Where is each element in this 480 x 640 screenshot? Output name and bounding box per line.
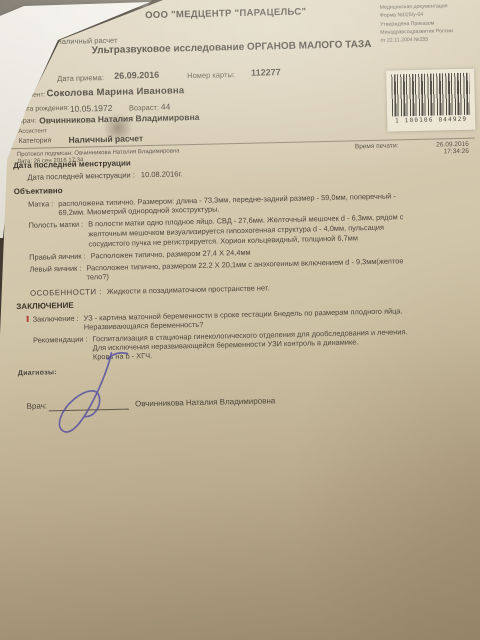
footer-doctor-label: Врач: bbox=[27, 402, 48, 413]
barcode: 1 100106 044929 bbox=[386, 69, 475, 132]
card-number-label: Номер карты: bbox=[187, 70, 235, 80]
visit-date-value: 26.09.2016 bbox=[114, 70, 159, 81]
barcode-bars bbox=[391, 73, 470, 117]
row-label: Заключение : bbox=[33, 313, 79, 333]
doctor-signature bbox=[45, 344, 159, 443]
birth-date-value: 10.05.1972 bbox=[70, 103, 113, 114]
age-label: Возраст: bbox=[129, 103, 159, 113]
category-label: Категория bbox=[19, 137, 52, 145]
red-mark bbox=[27, 315, 29, 321]
card-number-value: 112277 bbox=[251, 67, 281, 78]
protocol-signed-line: Протокол подписан: Овчинникова Наталия В… bbox=[17, 148, 180, 158]
age-value: 44 bbox=[161, 102, 171, 112]
row-label: Левый яичник : bbox=[29, 263, 81, 283]
row-text: Расположен типично, размером 27,4 X 24,4… bbox=[91, 247, 251, 260]
category-value: Наличный расчет bbox=[68, 133, 143, 145]
doctor-name: Овчинникова Наталия Владимировна bbox=[39, 112, 199, 126]
row-label: ОСОБЕННОСТИ : bbox=[30, 287, 102, 299]
row-text: Расположен типично, размером 22.2 X 20,1… bbox=[86, 256, 403, 282]
row-text: В полости матки одно плодное яйцо. СВД -… bbox=[88, 213, 404, 249]
photo-of-document: ООО "МЕДЦЕНТР "ПАРАЦЕЛЬС" Медицинская до… bbox=[0, 0, 480, 640]
menses-date-value: 10.08.2016г. bbox=[141, 170, 183, 181]
document-content: ООО "МЕДЦЕНТР "ПАРАЦЕЛЬС" Медицинская до… bbox=[0, 0, 480, 640]
patient-name: Соколова Марина Ивановна bbox=[46, 85, 184, 99]
visit-date-label: Дата приема: bbox=[57, 73, 104, 83]
barcode-number: 1 100106 044929 bbox=[387, 116, 475, 125]
print-time-label: Время печати: bbox=[355, 142, 399, 150]
objective-rows: Матка : расположена типично. Размером: д… bbox=[14, 189, 468, 299]
row-text: Жидкости в позадиматочном пространстве н… bbox=[107, 283, 270, 297]
row-label: Правый яичник : bbox=[29, 251, 86, 262]
document-paper: ООО "МЕДЦЕНТР "ПАРАЦЕЛЬС" Медицинская до… bbox=[0, 0, 480, 640]
row-label: Матка : bbox=[28, 199, 54, 219]
row-label: Полость матки : bbox=[28, 220, 83, 250]
menses-date-label: Дата последней менструации : bbox=[27, 171, 135, 183]
assistant-label: Ассистент bbox=[18, 128, 47, 135]
